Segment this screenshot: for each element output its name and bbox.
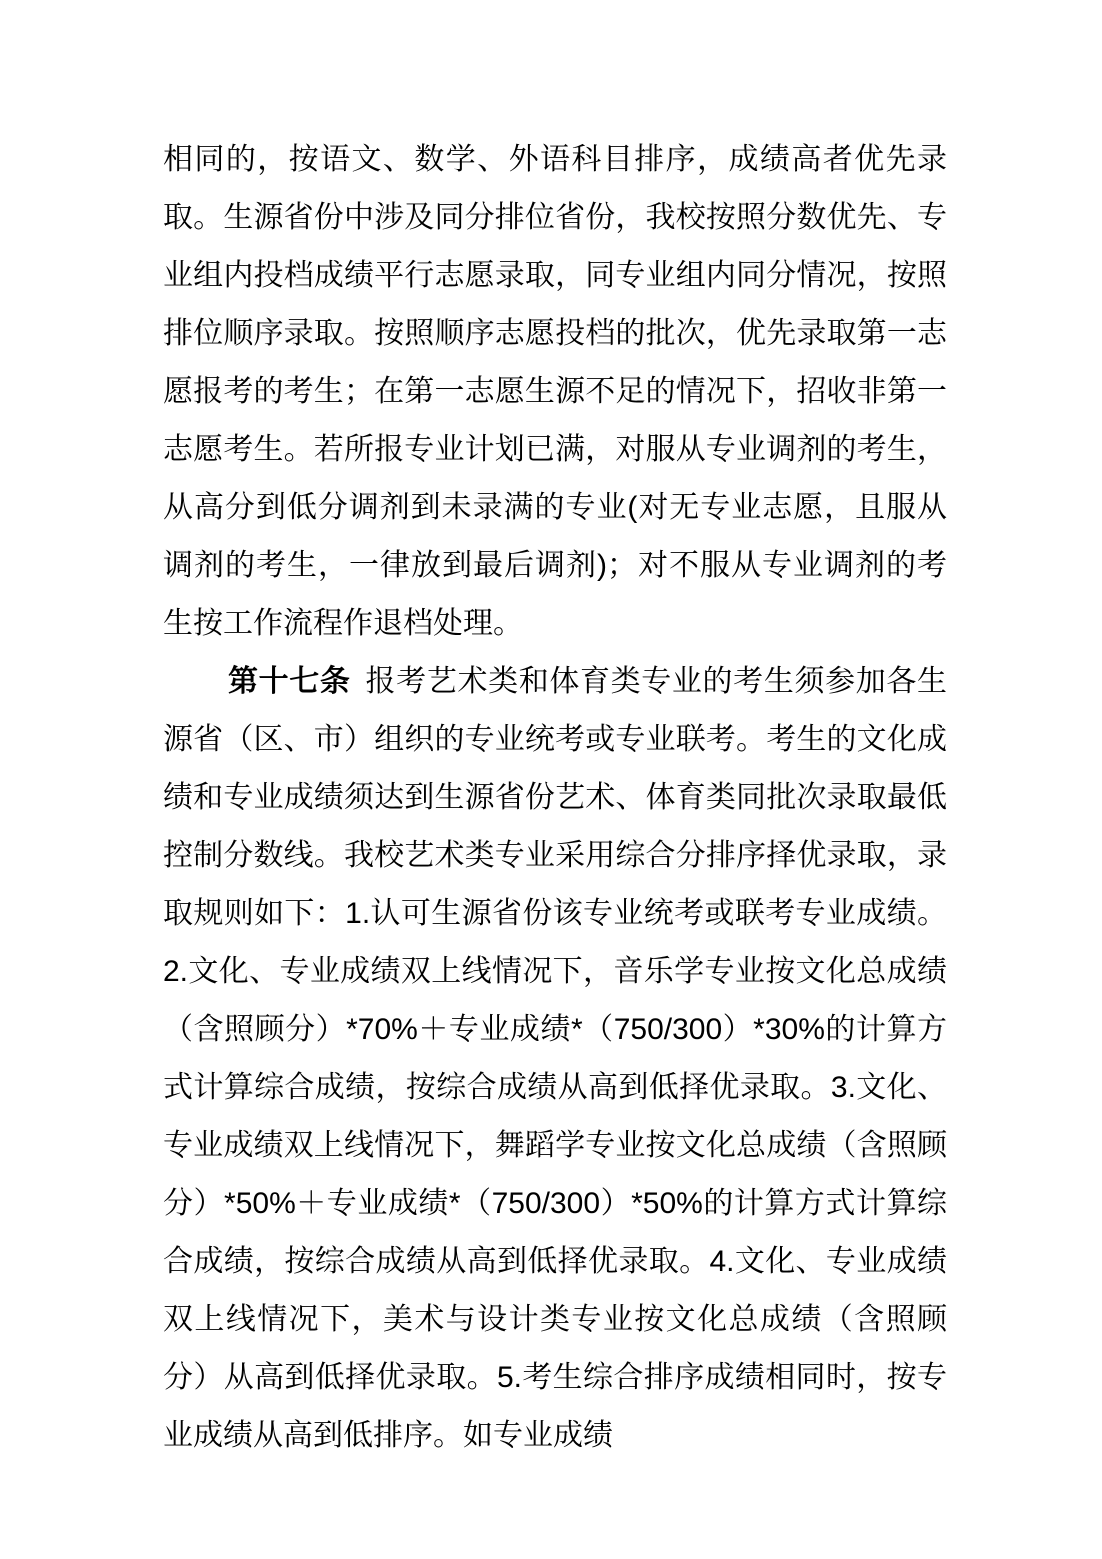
article-number-label: 第十七条: [228, 665, 351, 698]
paragraph-article-17: 第十七条报考艺术类和体育类专业的考生须参加各生源省（区、市）组织的专业统考或专业…: [163, 653, 947, 1465]
paragraph-continuation: 相同的，按语文、数学、外语科目排序，成绩高者优先录取。生源省份中涉及同分排位省份…: [163, 131, 947, 653]
document-page: 相同的，按语文、数学、外语科目排序，成绩高者优先录取。生源省份中涉及同分排位省份…: [0, 0, 1102, 1559]
paragraph-text: 报考艺术类和体育类专业的考生须参加各生源省（区、市）组织的专业统考或专业联考。考…: [163, 665, 947, 1452]
paragraph-text: 相同的，按语文、数学、外语科目排序，成绩高者优先录取。生源省份中涉及同分排位省份…: [163, 143, 947, 640]
page-text-block: 相同的，按语文、数学、外语科目排序，成绩高者优先录取。生源省份中涉及同分排位省份…: [163, 131, 947, 1465]
